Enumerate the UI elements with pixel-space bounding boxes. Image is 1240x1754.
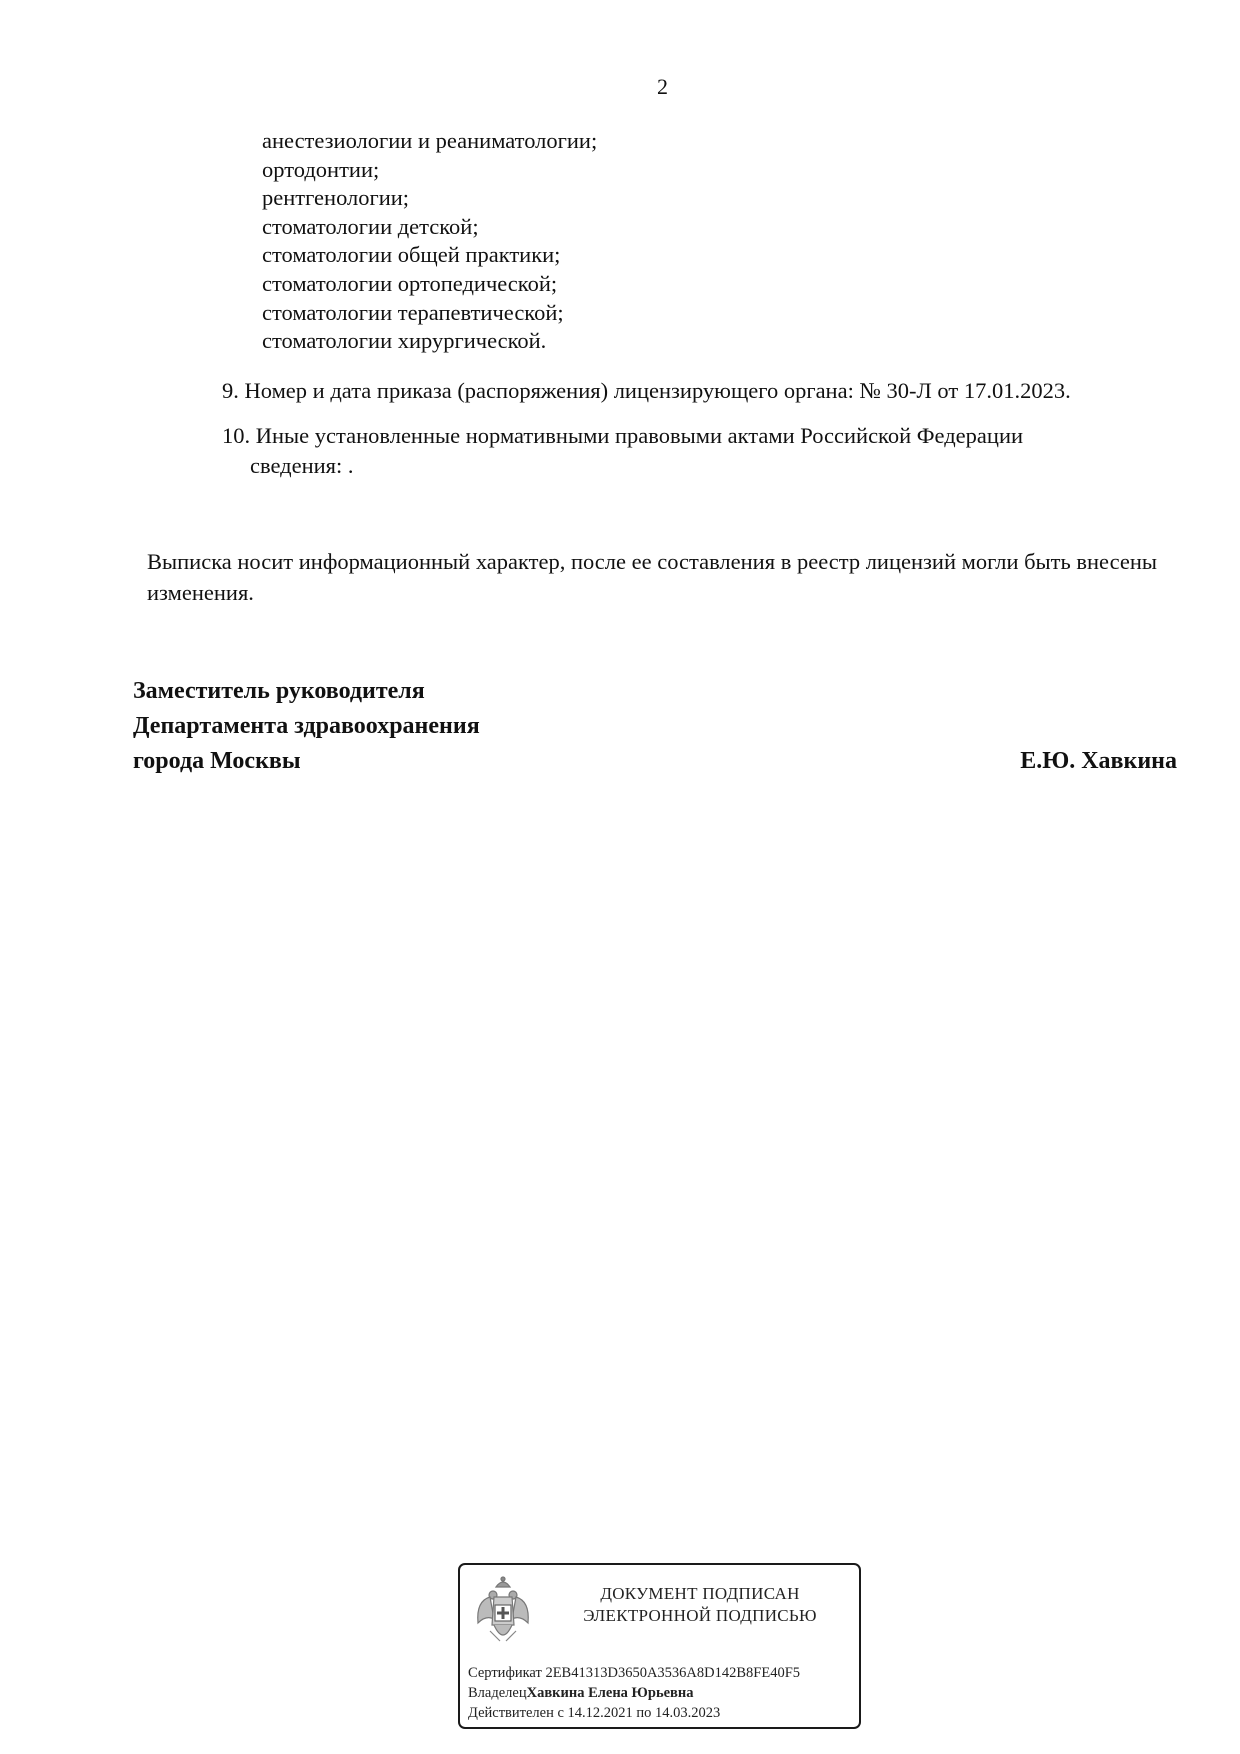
item-number: 10. [222, 423, 250, 448]
stamp-title: ДОКУМЕНТ ПОДПИСАН ЭЛЕКТРОННОЙ ПОДПИСЬЮ [550, 1583, 850, 1627]
signer-position: Заместитель руководителя Департамента зд… [133, 674, 480, 779]
item-text-continued: сведения: . [222, 451, 1023, 481]
owner-value: Хавкина Елена Юрьевна [527, 1685, 694, 1701]
specialties-list: анестезиологии и реаниматологии; ортодон… [262, 127, 597, 356]
specialty-item: анестезиологии и реаниматологии; [262, 127, 597, 156]
page-number: 2 [0, 74, 1240, 100]
specialty-item: стоматологии детской; [262, 213, 597, 242]
specialty-item: стоматологии хирургической. [262, 327, 597, 356]
coat-of-arms-icon [472, 1575, 534, 1647]
stamp-info: Сертификат 2EB41313D3650A3536A8D142B8FE4… [468, 1663, 800, 1723]
certificate-row: Сертификат 2EB41313D3650A3536A8D142B8FE4… [468, 1663, 800, 1683]
signer-position-line: города Москвы [133, 744, 480, 779]
stamp-title-line: ДОКУМЕНТ ПОДПИСАН [550, 1583, 850, 1605]
owner-label: Владелец [468, 1685, 527, 1701]
item-number: 9. [222, 378, 239, 403]
certificate-value: 2EB41313D3650A3536A8D142B8FE40F5 [545, 1665, 800, 1681]
disclaimer-notice: Выписка носит информационный характер, п… [147, 546, 1187, 608]
specialty-item: стоматологии общей практики; [262, 241, 597, 270]
item-order-number: 9. Номер и дата приказа (распоряжения) л… [222, 376, 1071, 406]
certificate-label: Сертификат [468, 1665, 542, 1681]
specialty-item: стоматологии ортопедической; [262, 270, 597, 299]
item-other-info: 10. Иные установленные нормативными прав… [222, 421, 1023, 481]
specialty-item: рентгенологии; [262, 184, 597, 213]
signer-name: Е.Ю. Хавкина [1020, 744, 1177, 779]
stamp-title-line: ЭЛЕКТРОННОЙ ПОДПИСЬЮ [550, 1605, 850, 1627]
item-text: Номер и дата приказа (распоряжения) лице… [245, 378, 1071, 403]
specialty-item: стоматологии терапевтической; [262, 299, 597, 328]
item-text: Иные установленные нормативными правовым… [256, 423, 1023, 448]
validity-label: Действителен [468, 1705, 554, 1721]
signer-position-line: Департамента здравоохранения [133, 709, 480, 744]
validity-row: Действителен с 14.12.2021 по 14.03.2023 [468, 1703, 800, 1723]
owner-row: ВладелецХавкина Елена Юрьевна [468, 1683, 800, 1703]
electronic-signature-stamp: ДОКУМЕНТ ПОДПИСАН ЭЛЕКТРОННОЙ ПОДПИСЬЮ С… [458, 1563, 861, 1729]
specialty-item: ортодонтии; [262, 156, 597, 185]
validity-value: с 14.12.2021 по 14.03.2023 [557, 1705, 720, 1721]
signer-position-line: Заместитель руководителя [133, 674, 480, 709]
